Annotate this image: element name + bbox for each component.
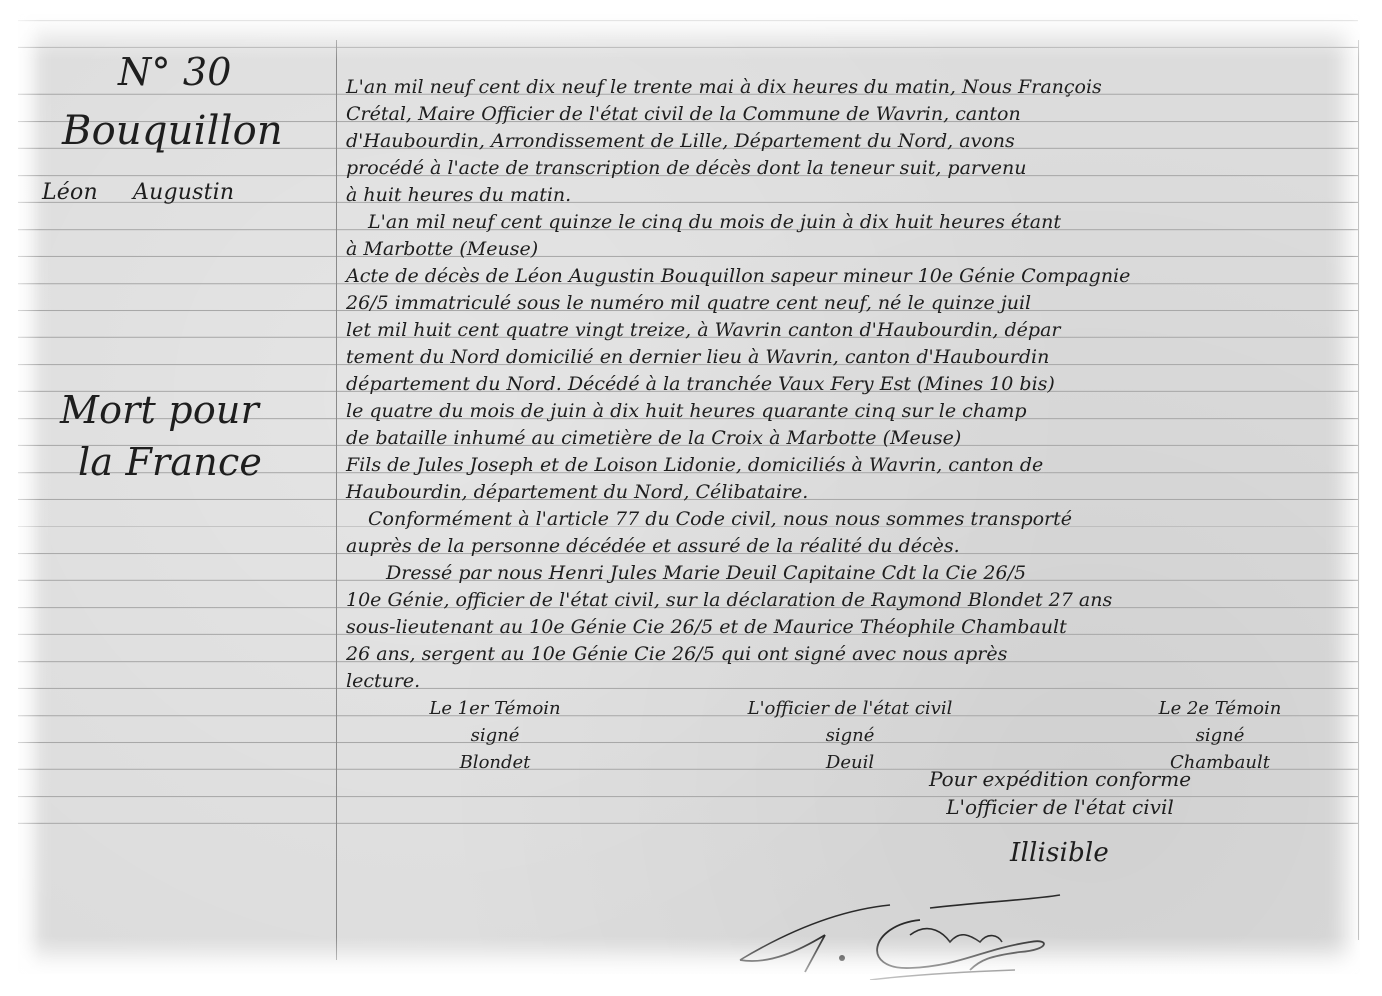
handwritten-signature-icon [730, 880, 1130, 980]
body-line: 26/5 immatriculé sous le numéro mil quat… [346, 290, 1356, 317]
expedition-line2: L'officier de l'état civil [860, 793, 1260, 821]
right-edge-rule [1358, 40, 1359, 940]
margin-surname: Bouquillon [62, 108, 283, 154]
body-line: Haubourdin, département du Nord, Célibat… [346, 479, 1356, 506]
witness1-name: Blondet [410, 749, 580, 776]
body-line: d'Haubourdin, Arrondissement de Lille, D… [346, 128, 1356, 155]
officer-signed: signé [690, 722, 1010, 749]
entry-number: N° 30 [118, 50, 232, 94]
body-line: lecture. [346, 668, 1356, 695]
body-line: procédé à l'acte de transcription de déc… [346, 155, 1356, 182]
officer-signature-block: L'officier de l'état civil signé Deuil [690, 695, 1010, 776]
officer-title: L'officier de l'état civil [690, 695, 1010, 722]
body-line: département du Nord. Décédé à la tranché… [346, 371, 1356, 398]
body-line: tement du Nord domicilié en dernier lieu… [346, 344, 1356, 371]
illegible-signature: Illisible [1010, 838, 1109, 868]
witness2-title: Le 2e Témoin [1120, 695, 1320, 722]
body-line: L'an mil neuf cent dix neuf le trente ma… [346, 74, 1356, 101]
witness1-signed: signé [410, 722, 580, 749]
witness2-signed: signé [1120, 722, 1320, 749]
body-line: Conformément à l'article 77 du Code civi… [346, 506, 1356, 533]
body-line: Fils de Jules Joseph et de Loison Lidoni… [346, 452, 1356, 479]
body-line: auprès de la personne décédée et assuré … [346, 533, 1356, 560]
margin-rule [336, 40, 337, 960]
body-line: Dressé par nous Henri Jules Marie Deuil … [346, 560, 1356, 587]
body-line: Crétal, Maire Officier de l'état civil d… [346, 101, 1356, 128]
body-line: let mil huit cent quatre vingt treize, à… [346, 317, 1356, 344]
expedition-block: Pour expédition conforme L'officier de l… [860, 765, 1260, 821]
body-line: à huit heures du matin. [346, 182, 1356, 209]
mention-mort-pour: Mort pour [60, 388, 259, 432]
record-body: L'an mil neuf cent dix neuf le trente ma… [346, 74, 1356, 695]
expedition-line1: Pour expédition conforme [860, 765, 1260, 793]
body-line: Acte de décès de Léon Augustin Bouquillo… [346, 263, 1356, 290]
body-line: le quatre du mois de juin à dix huit heu… [346, 398, 1356, 425]
body-line: 10e Génie, officier de l'état civil, sur… [346, 587, 1356, 614]
body-line: de bataille inhumé au cimetière de la Cr… [346, 425, 1356, 452]
margin-given-names: Léon Augustin [42, 180, 234, 205]
body-line: L'an mil neuf cent quinze le cinq du moi… [346, 209, 1356, 236]
mention-la-france: la France [78, 440, 262, 484]
body-line: à Marbotte (Meuse) [346, 236, 1356, 263]
body-line: 26 ans, sergent au 10e Génie Cie 26/5 qu… [346, 641, 1356, 668]
witness1-signature-block: Le 1er Témoin signé Blondet [410, 695, 580, 776]
witness2-signature-block: Le 2e Témoin signé Chambault [1120, 695, 1320, 776]
body-line: sous-lieutenant au 10e Génie Cie 26/5 et… [346, 614, 1356, 641]
witness1-title: Le 1er Témoin [410, 695, 580, 722]
